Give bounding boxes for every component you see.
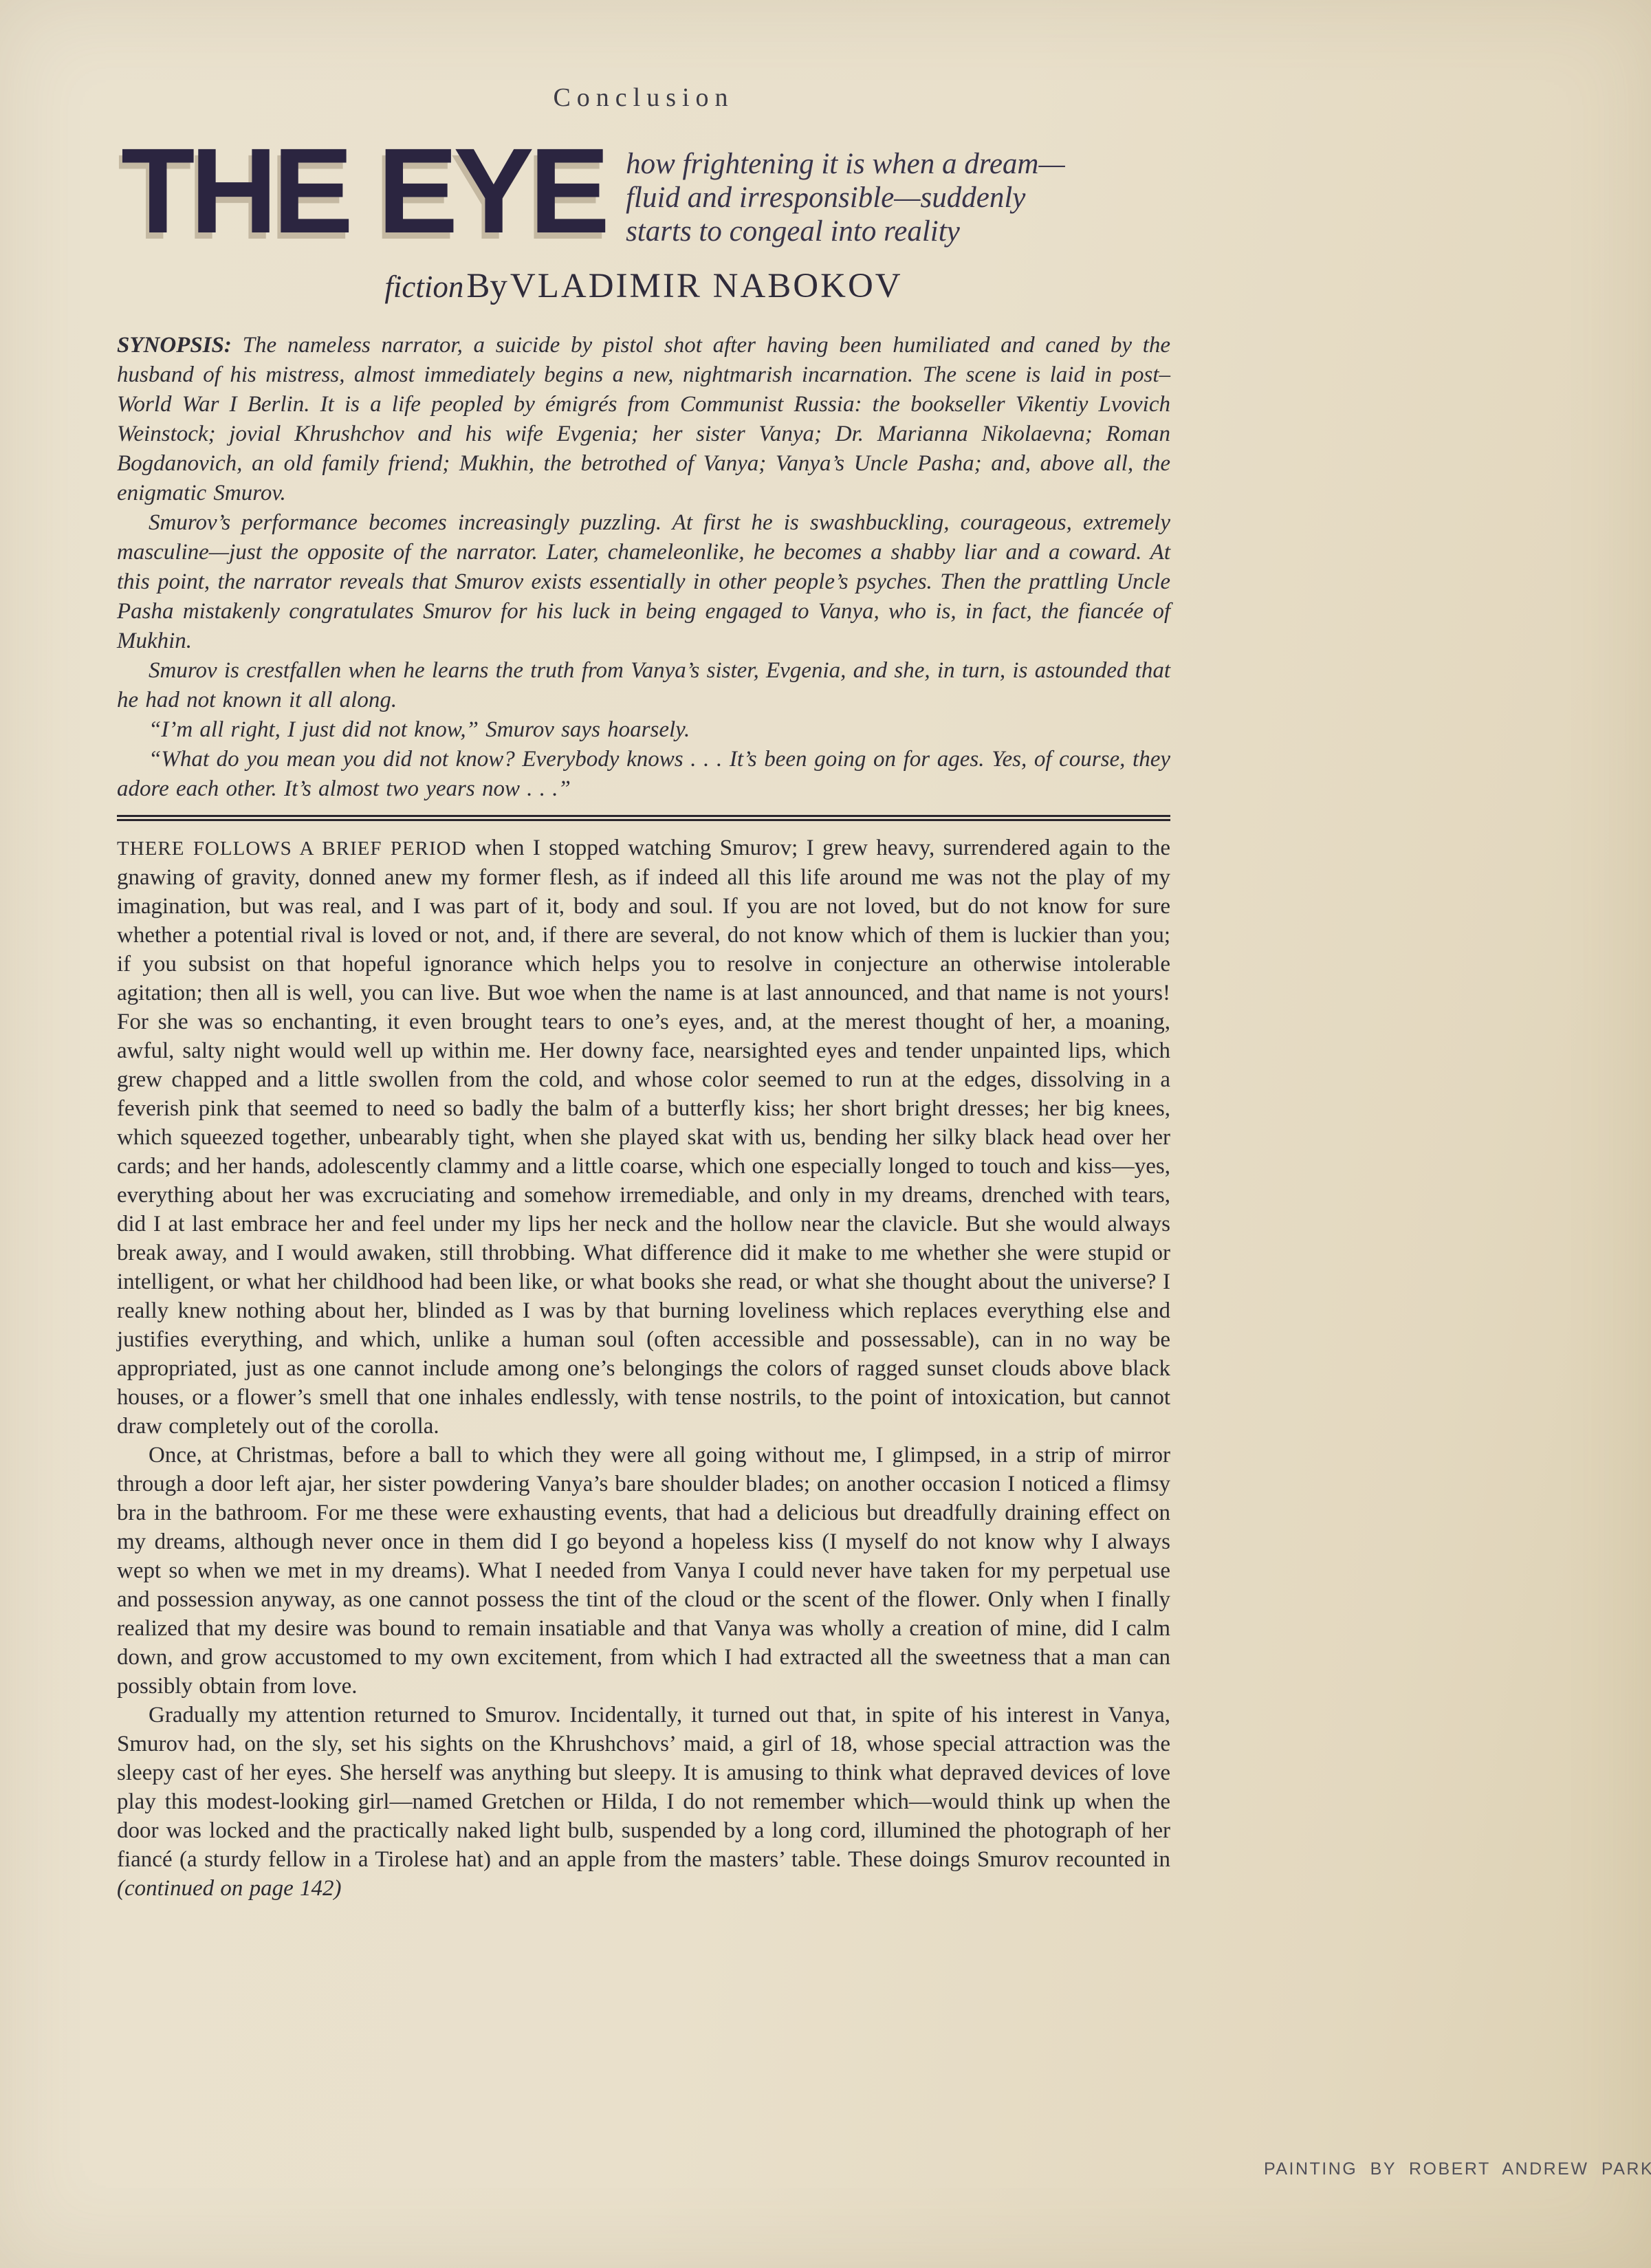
painting-credit: PAINTING BY ROBERT ANDREW PARKER (1264, 2159, 1651, 2179)
title-block: THE EYE how frightening it is when a dre… (117, 143, 1170, 248)
synopsis-paragraph: SYNOPSIS: The nameless narrator, a suici… (117, 331, 1170, 508)
synopsis-paragraph: “What do you mean you did not know? Ever… (117, 745, 1170, 804)
body-paragraph: Once, at Christmas, before a ball to whi… (117, 1441, 1170, 1701)
magazine-page: Conclusion THE EYE how frightening it is… (0, 0, 1651, 2268)
body-closing-text: Gradually my attention returned to Smuro… (117, 1703, 1170, 1872)
synopsis-paragraph: Smurov’s performance becomes increasingl… (117, 508, 1170, 656)
article-deck: how frightening it is when a dream— flui… (626, 143, 1065, 248)
synopsis-section: SYNOPSIS: The nameless narrator, a suici… (117, 331, 1170, 804)
synopsis-paragraph: “I’m all right, I just did not know,” Sm… (117, 715, 1170, 745)
synopsis-lead-text: The nameless narrator, a suicide by pist… (117, 333, 1170, 505)
article-title: THE EYE (121, 143, 605, 239)
byline-genre: fiction (384, 270, 463, 304)
body-paragraph: THERE FOLLOWS A BRIEF PERIOD when I stop… (117, 833, 1170, 1441)
body-lead-in: THERE FOLLOWS A BRIEF PERIOD (117, 838, 467, 860)
byline-author: VLADIMIR NABOKOV (510, 267, 903, 305)
divider-rule (117, 815, 1170, 821)
synopsis-label: SYNOPSIS: (117, 333, 232, 358)
deck-line-3: starts to congeal into reality (626, 215, 1065, 248)
continued-note: (continued on page 142) (117, 1876, 342, 1901)
synopsis-paragraph: Smurov is crestfallen when he learns the… (117, 656, 1170, 715)
body-opening-text: when I stopped watching Smurov; I grew h… (117, 836, 1170, 1439)
byline-by: By (466, 267, 507, 305)
body-paragraph: Gradually my attention returned to Smuro… (117, 1701, 1170, 1903)
section-kicker: Conclusion (117, 83, 1170, 113)
deck-line-2: fluid and irresponsible—suddenly (626, 181, 1065, 215)
article-body: THERE FOLLOWS A BRIEF PERIOD when I stop… (117, 833, 1170, 1903)
byline: fiction By VLADIMIR NABOKOV (117, 266, 1170, 306)
text-column: Conclusion THE EYE how frightening it is… (117, 0, 1170, 1903)
deck-line-1: how frightening it is when a dream— (626, 147, 1065, 181)
